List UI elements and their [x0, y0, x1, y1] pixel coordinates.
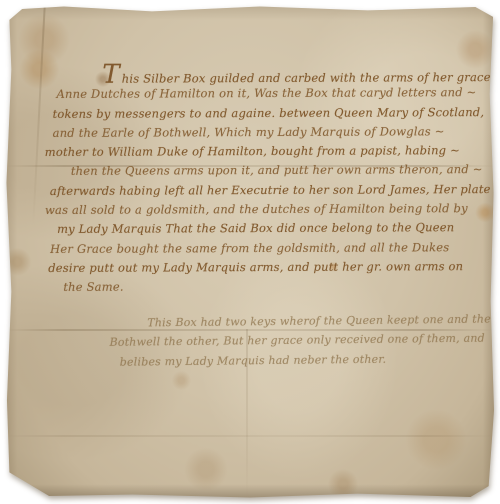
handwritten-text: This Silber Box guilded and carbed with …	[44, 64, 490, 370]
paragraph-silver-box: This Silber Box guilded and carbed with …	[44, 64, 490, 298]
manuscript-line: and the Earle of Bothwell, Which my Lady…	[53, 122, 490, 143]
manuscript-line: Bothwell the other, But her grace only r…	[109, 328, 490, 352]
manuscript-line: afterwards habing left all her Executrie…	[50, 180, 490, 201]
manuscript-line: belibes my Lady Marquis had neber the ot…	[120, 348, 491, 372]
manuscript-line: tokens by messengers to and againe. betw…	[53, 103, 490, 124]
paragraph-two-keys: This Box had two keys wherof the Queen k…	[45, 309, 491, 372]
manuscript-line: was all sold to a goldsmith, and the dut…	[45, 199, 490, 220]
manuscript-line: my Lady Marquis That the Said Box did on…	[57, 218, 490, 239]
manuscript-line: the Same.	[63, 276, 490, 297]
manuscript-photo: This Silber Box guilded and carbed with …	[5, 5, 495, 499]
manuscript-line: Her Grace bought the same from the golds…	[50, 238, 490, 259]
manuscript-line: desire putt out my Lady Marquis arms, an…	[48, 257, 490, 278]
manuscript-line: mother to William Duke of Hamilton, boug…	[45, 141, 490, 162]
manuscript-line: then the Queens arms upon it, and putt h…	[71, 161, 490, 182]
manuscript-line: Anne Dutches of Hamilton on it, Was the …	[56, 83, 489, 104]
fold-crease-horizontal-bottom	[5, 435, 495, 437]
manuscript-page: This Silber Box guilded and carbed with …	[5, 5, 495, 499]
manuscript-line: This Silber Box guilded and carbed with …	[102, 64, 489, 85]
